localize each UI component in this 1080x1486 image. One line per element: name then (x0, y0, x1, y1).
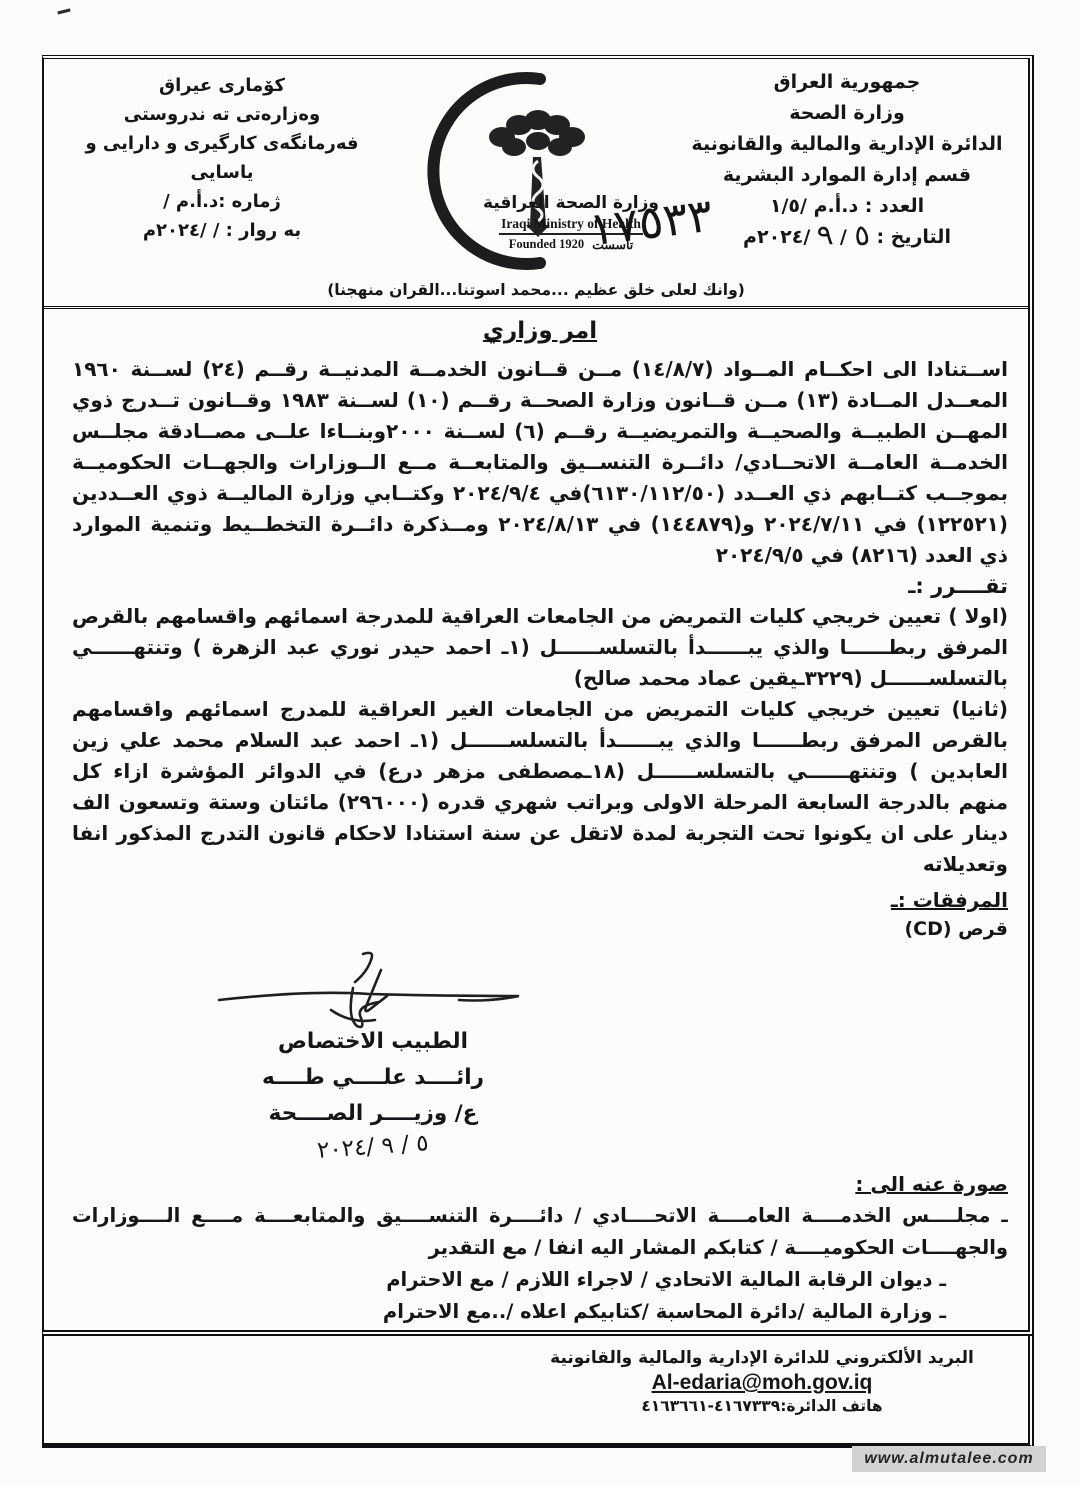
footer-email: Al-edaria@moh.gov.iq (522, 1371, 1002, 1395)
kurdish-number-line: ژماره :د.أ.م / (72, 187, 372, 216)
signer-role: ع/ وزيــــر الصــــحة (208, 1096, 538, 1132)
footer-contact-block: البريد الألكتروني للدائرة الإدارية والما… (522, 1348, 1002, 1415)
footer-frame: البريد الألكتروني للدائرة الإدارية والما… (42, 1336, 1034, 1448)
cc-item: ـ مكتب الوزير/ للتفضل بالاطلاع /مع الاحت… (72, 1328, 946, 1330)
date-year: /٢٠٢٤م (743, 222, 810, 253)
arabic-department-line: قسم إدارة الموارد البشرية (682, 160, 1012, 191)
cc-item: ـ وزارة المالية /دائرة المحاسبة /كتابيكم… (72, 1296, 946, 1328)
cc-heading: صورة عنه الى : (72, 1172, 1008, 1196)
document-frame: كۆمارى عيراق وەزارەتى تە ندروستى فەرمانگ… (42, 55, 1034, 1336)
decision-label: تقــــرر :ـ (72, 574, 1008, 598)
order-intro-paragraph: اســتنادا الى احكــام المــواد (١٤/٨/٧) … (72, 354, 1008, 571)
signature-date: ٥ / ٩ /٢٠٢٤ (316, 1130, 429, 1164)
scanned-document-page: كۆمارى عيراق وەزارەتى تە ندروستى فەرمانگ… (0, 0, 1080, 1486)
footer-email-label: البريد الألكتروني للدائرة الإدارية والما… (522, 1348, 1002, 1368)
order-body: امر وزاري اســتنادا الى احكــام المــواد… (72, 318, 1008, 1330)
scan-artifact (56, 5, 70, 15)
watermark: www.almutalee.com (852, 1446, 1046, 1472)
date-label: التاريخ : (876, 222, 951, 253)
signer-title: الطبيب الاختصاص (208, 1024, 538, 1060)
arabic-directorate-line: الدائرة الإدارية والمالية والقانونية (682, 129, 1012, 160)
signer-name: رائــــد علــــي طــــه (208, 1060, 538, 1096)
cc-item: ـ مجلــــس الخدمــــة العامــــة الاتحــ… (72, 1200, 1008, 1264)
clause-first: (اولا ) تعيين خريجي كليات التمريض من الج… (72, 601, 1008, 694)
attachments-label: المرفقات :ـ (72, 888, 1008, 912)
logo-founded-en: Founded 1920 (509, 237, 584, 253)
attachment-item: قرص (CD) (72, 918, 1008, 940)
kurdish-date-line: به روار : / /٢٠٢٤م (72, 216, 372, 245)
cc-item: ـ ديوان الرقابة المالية الاتحادي / لاجرا… (72, 1264, 946, 1296)
footer-phone: هاتف الدائرة:٤١٦٧٣٣٩-٤١٦٣٦٦١ (522, 1397, 1002, 1415)
document-number-line: العدد : د.أ.م /١/٥ (682, 191, 1012, 222)
handwritten-day: ٥ (852, 221, 871, 249)
kurdish-republic-line: كۆمارى عيراق (72, 71, 372, 100)
document-date-line: التاريخ : ٥ / ٩ /٢٠٢٤م (682, 222, 1012, 253)
header-arabic: جمهورية العراق وزارة الصحة الدائرة الإدا… (682, 67, 1012, 253)
order-title: امر وزاري (72, 318, 1008, 344)
kurdish-directorate-line: فەرمانگەى كارگيرى و دارايى و ياسايى (72, 129, 372, 187)
header-kurdish: كۆمارى عيراق وەزارەتى تە ندروستى فەرمانگ… (72, 71, 372, 245)
kurdish-ministry-line: وەزارەتى تە ندروستى (72, 100, 372, 129)
cc-section: صورة عنه الى : ـ مجلــــس الخدمــــة الع… (72, 1172, 1008, 1330)
arabic-ministry-line: وزارة الصحة (682, 98, 1012, 129)
clause-second: (ثانيا) تعيين خريجي كليات التمريض من الج… (72, 694, 1008, 880)
date-separator: / (840, 222, 847, 253)
motto-line: (وانك لعلى خلق عظيم ...محمد اسوتنا...الق… (44, 281, 1028, 299)
handwritten-month: ٩ (816, 221, 835, 249)
header-divider (44, 306, 1028, 309)
signature-scribble-icon (213, 948, 533, 1030)
signature-block: الطبيب الاختصاص رائــــد علــــي طــــه … (208, 948, 538, 1160)
arabic-republic-line: جمهورية العراق (682, 67, 1012, 98)
